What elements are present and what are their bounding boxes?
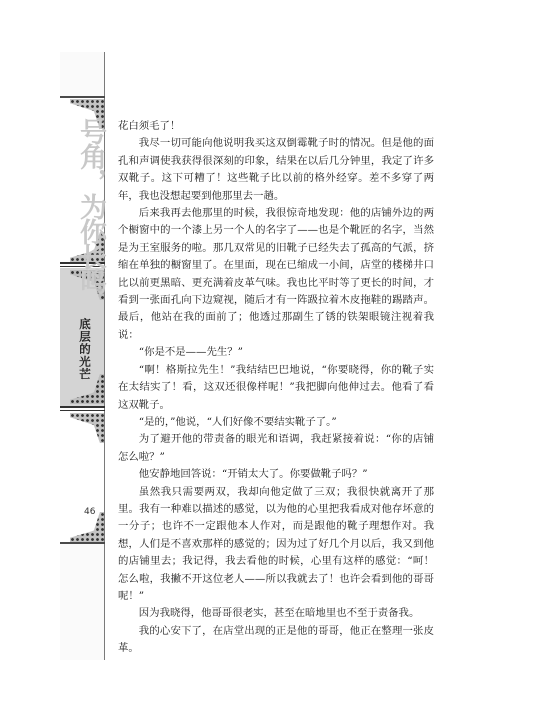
paragraph: “是的，”他说，“人们好像不要结实靴子了。” [118,414,434,431]
margin-band-top [60,52,104,96]
paragraph: 他安静地回答说：“开销太大了。你要做靴子吗？” [118,466,434,483]
rule-bottom [60,542,105,544]
rule-top [60,96,105,98]
paragraph: 我尽一切可能向他说明我买这双倒霉靴子时的情况。但是他的面孔和声调使我获得很深刻的… [118,135,434,205]
paragraph: 花白须毛了！ [118,118,434,135]
paragraph: 因为我晓得，他哥哥很老实，甚至在暗地里也不至于责备我。 [118,605,434,622]
book-title-vertical: 号角，为你长鸣 [66,118,102,293]
paragraph: 虽然我只需要两双，我却向他定做了三双；我很快就离开了那里。我有一种难以描述的感觉… [118,484,434,606]
paragraph: 后来我再去他那里的时候，我很惊奇地发现：他的店铺外边的两个橱窗中的一个漆上另一个… [118,205,434,344]
paragraph: “啊！格斯拉先生！”我结结巴巴地说，“你要晓得，你的靴子实在太结实了！看，这双还… [118,362,434,414]
margin-band-bottom [60,544,104,660]
section-title-vertical: 底层的光芒 [72,318,92,381]
page-number: 46 [84,507,95,517]
paragraph: 为了避开他的带责备的眼光和语调，我赶紧接着说：“你的店铺怎么啦？” [118,431,434,466]
body-text: 花白须毛了！ 我尽一切可能向他说明我买这双倒霉靴子时的情况。但是他的面孔和声调使… [118,118,434,658]
rule-section-bottom [60,406,105,411]
paragraph: 我的心安下了，在店堂出现的正是他的哥哥，他正在整理一张皮革。 [118,623,434,658]
paragraph: “你是不是——先生？” [118,344,434,361]
